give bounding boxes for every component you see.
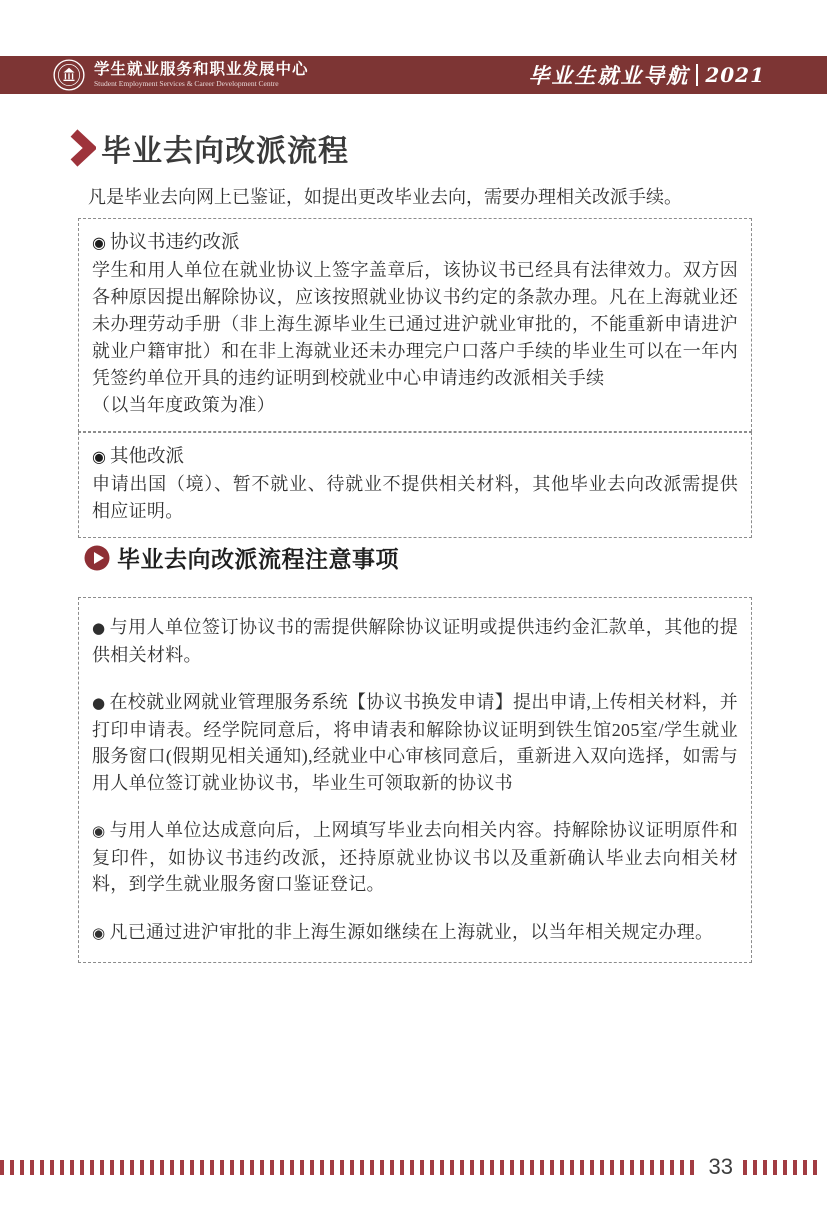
footer-tick-bars-left <box>0 1160 699 1175</box>
note-item: ●与用人单位签订协议书的需提供解除协议证明或提供违约金汇款单，其他的提供相关材料… <box>92 614 738 668</box>
org-names: 学生就业服务和职业发展中心 Student Employment Service… <box>94 61 309 88</box>
booklet-banner: 毕业生就业导航 2021 <box>528 60 765 90</box>
violation-reassignment-box: ◉ 协议书违约改派 学生和用人单位在就业协议上签字盖章后，该协议书已经具有法律效… <box>78 218 752 432</box>
document-page: 学生就业服务和职业发展中心 Student Employment Service… <box>0 0 827 1224</box>
header-left: 学生就业服务和职业发展中心 Student Employment Service… <box>52 58 309 92</box>
section-title-row: 毕业去向改派流程注意事项 <box>84 541 399 574</box>
note-item: ●在校就业网就业管理服务系统【协议书换发申请】提出申请,上传相关材料，并打印申请… <box>92 689 738 796</box>
box1-body: 学生和用人单位在就业协议上签字盖章后，该协议书已经具有法律效力。双方因各种原因提… <box>92 257 738 419</box>
box2-body: 申请出国（境）、暂不就业、待就业不提供相关材料，其他毕业去向改派需提供相应证明。 <box>92 471 738 525</box>
note-item: ◉与用人单位达成意向后，上网填写毕业去向相关内容。持解除协议证明原件和 复印件，… <box>92 817 738 898</box>
intro-text: 凡是毕业去向网上已鉴证，如提出更改毕业去向，需要办理相关改派手续。 <box>88 184 755 211</box>
footer-tick-bars-right <box>743 1160 823 1175</box>
bullseye-bullet-icon: ◉ <box>92 822 110 840</box>
booklet-title: 毕业生就业导航 <box>528 60 689 90</box>
box2-heading-row: ◉ 其他改派 <box>92 443 738 471</box>
org-name-cn: 学生就业服务和职业发展中心 <box>94 61 309 78</box>
footer: 33 <box>0 1156 827 1178</box>
bullet-icon: ● <box>92 619 110 637</box>
bullet-icon: ● <box>92 694 109 712</box>
page-number: 33 <box>709 1154 733 1180</box>
box2-heading: 其他改派 <box>110 443 184 471</box>
org-name-en: Student Employment Services & Career Dev… <box>94 80 309 88</box>
bullseye-bullet-icon: ◉ <box>92 924 109 942</box>
note-text: 与用人单位达成意向后，上网填写毕业去向相关内容。持解除协议证明原件和 复印件，如… <box>92 820 738 894</box>
box1-heading: 协议书违约改派 <box>110 229 240 257</box>
page-title: 毕业去向改派流程 <box>101 126 349 170</box>
header-bar: 学生就业服务和职业发展中心 Student Employment Service… <box>0 56 827 94</box>
booklet-year: 2021 <box>705 63 765 87</box>
banner-divider <box>696 64 698 86</box>
notes-box: ●与用人单位签订协议书的需提供解除协议证明或提供违约金汇款单，其他的提供相关材料… <box>78 597 752 963</box>
page-title-row: 毕业去向改派流程 <box>70 126 349 170</box>
note-text: 与用人单位签订协议书的需提供解除协议证明或提供违约金汇款单，其他的提供相关材料。 <box>92 617 738 665</box>
section-title: 毕业去向改派流程注意事项 <box>117 541 399 574</box>
note-text: 在校就业网就业管理服务系统【协议书换发申请】提出申请,上传相关材料，并打印申请表… <box>92 692 738 793</box>
chevron-right-icon <box>70 129 96 167</box>
play-circle-icon <box>84 545 110 571</box>
bullseye-icon: ◉ <box>92 229 106 257</box>
university-seal-icon <box>52 58 86 92</box>
note-item: ◉凡已通过进沪审批的非上海生源如继续在上海就业，以当年相关规定办理。 <box>92 919 738 947</box>
bullseye-icon: ◉ <box>92 443 106 471</box>
note-text: 凡已通过进沪审批的非上海生源如继续在上海就业，以当年相关规定办理。 <box>109 922 713 942</box>
other-reassignment-box: ◉ 其他改派 申请出国（境）、暂不就业、待就业不提供相关材料，其他毕业去向改派需… <box>78 432 752 538</box>
box1-heading-row: ◉ 协议书违约改派 <box>92 229 738 257</box>
